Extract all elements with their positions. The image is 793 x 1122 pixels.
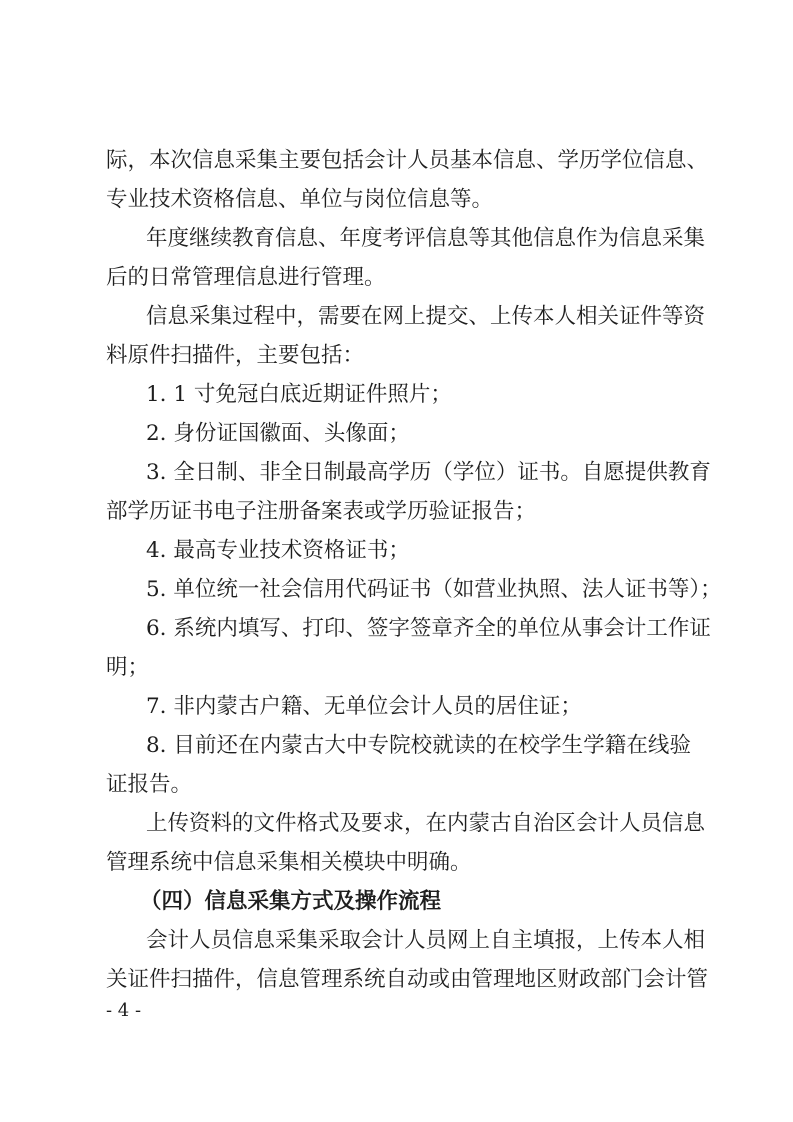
- body-text-line: 专业技术资格信息、单位与岗位信息等。: [106, 185, 691, 215]
- body-text-line: 际，本次信息采集主要包括会计人员基本信息、学历学位信息、: [106, 146, 691, 176]
- body-text-line: 料原件扫描件，主要包括：: [106, 341, 691, 371]
- body-text-line: 信息采集过程中，需要在网上提交、上传本人相关证件等资: [146, 302, 691, 332]
- section-heading: （四）信息采集方式及操作流程: [140, 887, 540, 917]
- body-text-line: 管理系统中信息采集相关模块中明确。: [106, 848, 691, 878]
- page-number: - 4 -: [106, 1000, 141, 1021]
- list-item-8: 8. 目前还在内蒙古大中专院校就读的在校学生学籍在线验: [146, 731, 691, 761]
- body-text-line: 年度继续教育信息、年度考评信息等其他信息作为信息采集: [146, 224, 691, 254]
- list-item-3: 3. 全日制、非全日制最高学历（学位）证书。自愿提供教育: [146, 458, 691, 488]
- list-item-6: 6. 系统内填写、打印、签字签章齐全的单位从事会计工作证: [146, 614, 691, 644]
- document-page: 际，本次信息采集主要包括会计人员基本信息、学历学位信息、 专业技术资格信息、单位…: [0, 0, 793, 1122]
- list-item-2: 2. 身份证国徽面、头像面；: [146, 419, 691, 449]
- body-text-line: 后的日常管理信息进行管理。: [106, 263, 691, 293]
- list-item-5: 5. 单位统一社会信用代码证书（如营业执照、法人证书等）；: [146, 575, 691, 605]
- list-item-3-continued: 部学历证书电子注册备案表或学历验证报告；: [106, 497, 691, 527]
- list-item-1: 1. 1 寸免冠白底近期证件照片；: [146, 380, 691, 410]
- list-item-6-continued: 明；: [106, 653, 691, 683]
- body-text-line: 会计人员信息采集采取会计人员网上自主填报，上传本人相: [146, 926, 691, 956]
- list-item-7: 7. 非内蒙古户籍、无单位会计人员的居住证；: [146, 692, 691, 722]
- body-text-line: 上传资料的文件格式及要求，在内蒙古自治区会计人员信息: [146, 809, 691, 839]
- list-item-4: 4. 最高专业技术资格证书；: [146, 536, 691, 566]
- body-text-line: 关证件扫描件，信息管理系统自动或由管理地区财政部门会计管: [106, 965, 691, 995]
- list-item-8-continued: 证报告。: [106, 770, 691, 800]
